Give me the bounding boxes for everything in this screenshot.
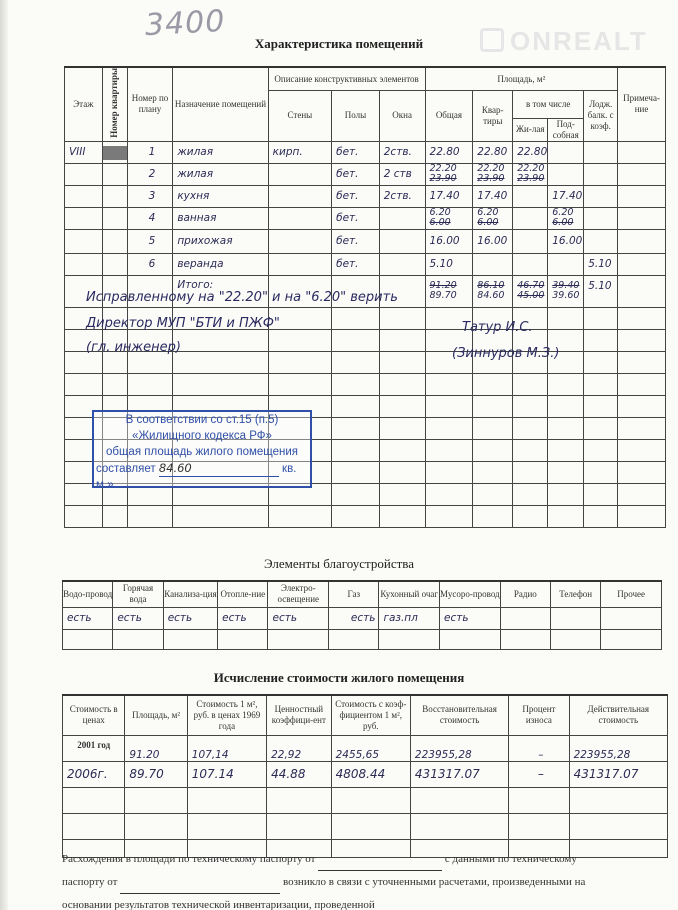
cost-per-m2-with-coef: 2455,65 bbox=[331, 735, 410, 761]
header-loggia: Лодж. балк. с коэф. bbox=[584, 91, 618, 142]
windows bbox=[379, 229, 425, 253]
area-apartment: 17.40 bbox=[473, 185, 513, 207]
room-row: 5 прихожая бет. 16.00 16.00 16.00 bbox=[65, 229, 666, 253]
floor-empty bbox=[65, 185, 103, 207]
total-utility: 39.4039.60 bbox=[548, 275, 584, 307]
footer-line3: основании результатов технической инвент… bbox=[62, 894, 672, 910]
correction-note-line3: (гл. инженер) bbox=[86, 340, 181, 355]
new-value: 84.60 bbox=[477, 291, 512, 301]
amenity-value: есть bbox=[329, 607, 379, 629]
amenity-header: Канализа-ция bbox=[163, 581, 217, 607]
footer-part3: паспорту от bbox=[62, 876, 117, 888]
amenity-header: Газ bbox=[329, 581, 379, 607]
cost-header: Действительная стоимость bbox=[569, 695, 667, 735]
total-living: 46.7045.00 bbox=[513, 275, 548, 307]
new-value: 45.00 bbox=[517, 291, 547, 301]
amenity-value: есть bbox=[163, 607, 217, 629]
notes bbox=[618, 229, 666, 253]
area-utility bbox=[548, 141, 584, 163]
apartment-no-empty bbox=[102, 229, 127, 253]
header-total: Общая bbox=[425, 91, 473, 142]
walls bbox=[268, 229, 331, 253]
floors: бет. bbox=[332, 141, 380, 163]
header-purpose: Назначение помещений bbox=[173, 67, 268, 141]
cost-header: Стоимость 1 м², руб. в ценах 1969 года bbox=[187, 695, 266, 735]
notes bbox=[618, 275, 666, 307]
header-including: в том числе bbox=[513, 91, 584, 119]
cost-per-m2-1969: 107,14 bbox=[187, 735, 266, 761]
area-total: 22.2023.90 bbox=[425, 163, 473, 185]
old-value: 23.90 bbox=[430, 174, 473, 184]
floor-empty bbox=[65, 163, 103, 185]
apartment-no-empty bbox=[102, 163, 127, 185]
plan-no: 1 bbox=[127, 141, 173, 163]
cost-period: 2001 год bbox=[63, 735, 125, 761]
amenity-value: есть bbox=[440, 607, 501, 629]
apartment-no-redacted bbox=[102, 141, 127, 163]
header-windows: Окна bbox=[379, 91, 425, 142]
amenity-value: есть bbox=[63, 607, 113, 629]
cost-restoration: 223955,28 bbox=[410, 735, 508, 761]
header-floor: Этаж bbox=[65, 67, 103, 141]
area-utility: 6.206.00 bbox=[548, 207, 584, 229]
notes bbox=[618, 207, 666, 229]
amenity-value: газ.пл bbox=[379, 607, 440, 629]
area-apartment bbox=[473, 253, 513, 275]
empty-row bbox=[63, 629, 662, 649]
purpose: ванная bbox=[173, 207, 268, 229]
floors: бет. bbox=[332, 207, 380, 229]
header-floors: Полы bbox=[332, 91, 380, 142]
amenity-value: есть bbox=[268, 607, 329, 629]
cost-table: Стоимость в ценах Площадь, м² Стоимость … bbox=[62, 694, 668, 858]
area-loggia bbox=[584, 207, 618, 229]
area-utility bbox=[548, 163, 584, 185]
stamp-value: 84.60 bbox=[159, 460, 279, 477]
area-living bbox=[513, 207, 548, 229]
old-value: 6.00 bbox=[552, 218, 583, 228]
floors: бет. bbox=[332, 229, 380, 253]
amenity-header: Кухонный очаг bbox=[379, 581, 440, 607]
floor-value: VIII bbox=[65, 141, 103, 163]
header-area: Площадь, м² bbox=[425, 67, 618, 91]
cost-row-2006: 2006г. 89.70 107.14 44.88 4808.44 431317… bbox=[63, 761, 668, 787]
amenity-header: Горячая вода bbox=[113, 581, 163, 607]
header-living: Жи-лая bbox=[513, 118, 548, 141]
amenity-header: Водо-провод bbox=[63, 581, 113, 607]
amenity-header: Электро-освещение bbox=[268, 581, 329, 607]
footer-part5: основании результатов технической инвент… bbox=[62, 899, 375, 910]
old-value: 6.00 bbox=[477, 218, 512, 228]
purpose: прихожая bbox=[173, 229, 268, 253]
area-loggia bbox=[584, 229, 618, 253]
room-row: 6 веранда бет. 5.10 5.10 bbox=[65, 253, 666, 275]
walls: кирп. bbox=[268, 141, 331, 163]
purpose: жилая bbox=[173, 163, 268, 185]
amenity-values-row: есть есть есть есть есть есть газ.пл ест… bbox=[63, 607, 662, 629]
footer-line2: паспорту от возникло в связи с уточненны… bbox=[62, 871, 672, 894]
stamp-line4: составляет 84.60 кв. м.» bbox=[94, 460, 310, 493]
new-value: 89.70 bbox=[430, 291, 473, 301]
stamp-line3: общая площадь жилого помещения bbox=[94, 444, 310, 460]
amenities-table: Водо-провод Горячая вода Канализа-ция От… bbox=[62, 580, 662, 650]
room-row: VIII 1 жилая кирп. бет. 2ств. 22.80 22.8… bbox=[65, 141, 666, 163]
area-total: 5.10 bbox=[425, 253, 473, 275]
old-value: 23.90 bbox=[477, 174, 512, 184]
area-apartment: 22.80 bbox=[473, 141, 513, 163]
plan-no: 3 bbox=[127, 185, 173, 207]
cost-restoration: 431317.07 bbox=[410, 761, 508, 787]
floor-empty bbox=[65, 207, 103, 229]
apartment-no-empty bbox=[102, 207, 127, 229]
amenity-header: Прочее bbox=[601, 581, 662, 607]
cost-coefficient: 44.88 bbox=[267, 761, 332, 787]
area-total: 22.80 bbox=[425, 141, 473, 163]
header-walls: Стены bbox=[268, 91, 331, 142]
cost-per-m2-with-coef: 4808.44 bbox=[331, 761, 410, 787]
apartment-no-empty bbox=[102, 253, 127, 275]
room-row: 3 кухня бет. 2ств. 17.40 17.40 17.40 bbox=[65, 185, 666, 207]
area-loggia bbox=[584, 141, 618, 163]
room-row: 4 ванная бет. 6.206.00 6.206.00 6.206.00 bbox=[65, 207, 666, 229]
old-value: 23.90 bbox=[517, 174, 547, 184]
plan-no: 6 bbox=[127, 253, 173, 275]
amenity-header: Радио bbox=[500, 581, 550, 607]
header-notes: Примеча-ние bbox=[618, 67, 666, 141]
cost-coefficient: 22,92 bbox=[267, 735, 332, 761]
floors: бет. bbox=[332, 185, 380, 207]
cost-section-title: Исчисление стоимости жилого помещения bbox=[0, 670, 678, 686]
stamp-line2: «Жилищного кодекса РФ» bbox=[94, 428, 310, 444]
cost-period: 2006г. bbox=[63, 761, 125, 787]
cost-header: Площадь, м² bbox=[125, 695, 187, 735]
signature-name: Татур И.С. bbox=[462, 320, 533, 335]
purpose: веранда bbox=[173, 253, 268, 275]
apartment-no-empty bbox=[102, 185, 127, 207]
header-apartment: Квар-тиры bbox=[473, 91, 513, 142]
windows bbox=[379, 207, 425, 229]
windows bbox=[379, 253, 425, 275]
area-loggia: 5.10 bbox=[584, 253, 618, 275]
amenity-header: Мусоро-провод bbox=[440, 581, 501, 607]
empty-row bbox=[65, 505, 666, 527]
amenity-value: есть bbox=[113, 607, 163, 629]
floors: бет. bbox=[332, 163, 380, 185]
area-loggia bbox=[584, 185, 618, 207]
cost-actual: 223955,28 bbox=[569, 735, 667, 761]
area-utility bbox=[548, 253, 584, 275]
correction-note-line1: Исправленному на "22.20" и на "6.20" вер… bbox=[86, 290, 398, 305]
total-area: 91.2089.70 bbox=[425, 275, 473, 307]
redaction-box bbox=[103, 146, 127, 160]
room-row: 2 жилая бет. 2 ств 22.2023.90 22.2023.90… bbox=[65, 163, 666, 185]
area-total: 17.40 bbox=[425, 185, 473, 207]
old-value: 6.00 bbox=[430, 218, 473, 228]
amenity-value bbox=[601, 607, 662, 629]
purpose: жилая bbox=[173, 141, 268, 163]
empty-row bbox=[63, 787, 668, 813]
cost-header: Стоимость в ценах bbox=[63, 695, 125, 735]
windows: 2ств. bbox=[379, 141, 425, 163]
area-living bbox=[513, 229, 548, 253]
stamp-line1: В соответствии со ст.15 (п.5) bbox=[94, 412, 310, 428]
floors: бет. bbox=[332, 253, 380, 275]
header-utility: Под-собная bbox=[548, 118, 584, 141]
amenity-value bbox=[551, 607, 601, 629]
purpose: кухня bbox=[173, 185, 268, 207]
area-stamp: В соответствии со ст.15 (п.5) «Жилищного… bbox=[92, 410, 312, 488]
area-living: 22.80 bbox=[513, 141, 548, 163]
total-apartment: 86.1084.60 bbox=[473, 275, 513, 307]
area-utility: 16.00 bbox=[548, 229, 584, 253]
plan-no: 5 bbox=[127, 229, 173, 253]
stamp-prefix: составляет bbox=[96, 463, 156, 475]
area-total: 16.00 bbox=[425, 229, 473, 253]
cost-wear-percent: – bbox=[509, 761, 569, 787]
walls bbox=[268, 207, 331, 229]
amenity-value bbox=[500, 607, 550, 629]
footer-text: Расхождения в площади по техническому па… bbox=[62, 848, 672, 910]
rooms-section-title: Характеристика помещений bbox=[0, 36, 678, 52]
plan-no: 2 bbox=[127, 163, 173, 185]
header-construction: Описание конструктивных элементов bbox=[268, 67, 425, 91]
area-loggia bbox=[584, 163, 618, 185]
notes bbox=[618, 163, 666, 185]
cost-header: Процент износа bbox=[509, 695, 569, 735]
empty-row bbox=[63, 813, 668, 839]
windows: 2 ств bbox=[379, 163, 425, 185]
walls bbox=[268, 163, 331, 185]
header-apartment-no-text: Номер квартиры bbox=[109, 68, 120, 138]
area-apartment: 16.00 bbox=[473, 229, 513, 253]
header-plan-no: Номер по плану bbox=[127, 67, 173, 141]
notes bbox=[618, 185, 666, 207]
area-total: 6.206.00 bbox=[425, 207, 473, 229]
area-living bbox=[513, 253, 548, 275]
cost-wear-percent: – bbox=[509, 735, 569, 761]
scan-edge bbox=[0, 0, 8, 910]
cost-header: Восстановительная стоимость bbox=[410, 695, 508, 735]
amenity-header: Телефон bbox=[551, 581, 601, 607]
area-apartment: 22.2023.90 bbox=[473, 163, 513, 185]
amenities-section-title: Элементы благоустройства bbox=[0, 556, 678, 572]
notes bbox=[618, 141, 666, 163]
floor-empty bbox=[65, 229, 103, 253]
footer-line1: Расхождения в площади по техническому па… bbox=[62, 848, 672, 871]
footer-part1: Расхождения в площади по техническому па… bbox=[62, 853, 315, 865]
footer-part4: возникло в связи с уточненными расчетами… bbox=[283, 876, 585, 888]
cost-per-m2-1969: 107.14 bbox=[187, 761, 266, 787]
area-living: 22.2023.90 bbox=[513, 163, 548, 185]
area-apartment: 6.206.00 bbox=[473, 207, 513, 229]
amenity-header: Отопле-ние bbox=[218, 581, 268, 607]
plan-no: 4 bbox=[127, 207, 173, 229]
cost-actual: 431317.07 bbox=[569, 761, 667, 787]
notes bbox=[618, 253, 666, 275]
new-value: 39.60 bbox=[552, 291, 583, 301]
cost-area: 91.20 bbox=[125, 735, 187, 761]
empty-row bbox=[65, 373, 666, 395]
walls bbox=[268, 253, 331, 275]
floor-empty bbox=[65, 253, 103, 275]
correction-note-line2: Директор МУП "БТИ и ПЖФ" bbox=[86, 316, 280, 331]
signature-name-2: (Зиннуров М.З.) bbox=[452, 346, 559, 361]
footer-part2: с данными по техническому bbox=[445, 853, 577, 865]
amenity-value: есть bbox=[218, 607, 268, 629]
total-loggia: 5.10 bbox=[584, 275, 618, 307]
cost-header: Ценностный коэффици-ент bbox=[267, 695, 332, 735]
cost-area: 89.70 bbox=[125, 761, 187, 787]
windows: 2ств. bbox=[379, 185, 425, 207]
cost-header: Стоимость с коэф-фициентом 1 м², руб. bbox=[331, 695, 410, 735]
walls bbox=[268, 185, 331, 207]
area-living bbox=[513, 185, 548, 207]
area-utility: 17.40 bbox=[548, 185, 584, 207]
cost-row-2001: 2001 год 91.20 107,14 22,92 2455,65 2239… bbox=[63, 735, 668, 761]
header-apartment-no: Номер квартиры bbox=[102, 67, 127, 141]
